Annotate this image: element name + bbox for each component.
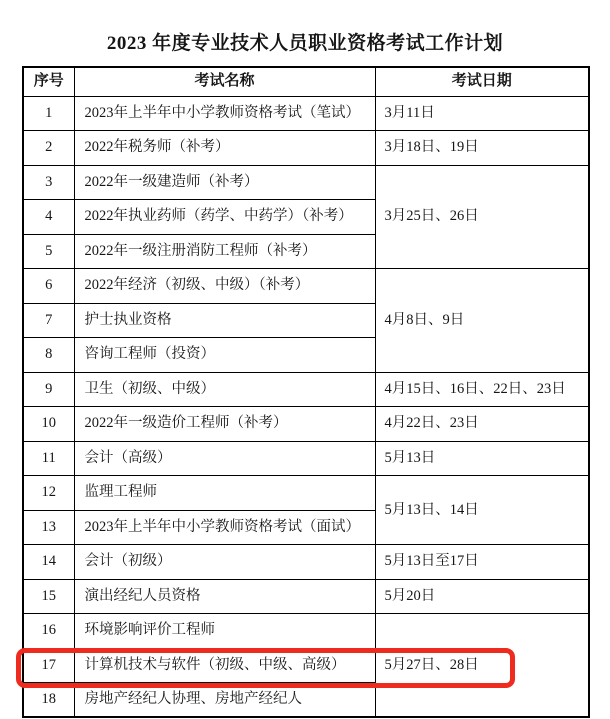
row-number-cell: 12 (23, 476, 74, 511)
exam-name-cell: 2022年执业药师（药学、中药学）（补考） (74, 200, 375, 235)
exam-name-cell: 咨询工程师（投资） (74, 338, 375, 373)
exam-name-cell: 2022年一级注册消防工程师（补考） (74, 234, 375, 269)
exam-name-cell: 护士执业资格 (74, 303, 375, 338)
header-cell-date: 考试日期 (375, 67, 589, 96)
table-row: 11会计（高级）5月13日 (23, 441, 589, 476)
table-row: 15演出经纪人员资格5月20日 (23, 579, 589, 614)
exam-date-cell: 5月20日 (375, 579, 589, 614)
exam-date-cell: 3月11日 (375, 96, 589, 131)
row-number-cell: 5 (23, 234, 74, 269)
exam-date-cell: 5月13日、14日 (375, 476, 589, 545)
exam-date-cell: 4月22日、23日 (375, 407, 589, 442)
header-row: 序号 考试名称 考试日期 (23, 67, 589, 96)
exam-name-cell: 2023年上半年中小学教师资格考试（面试） (74, 510, 375, 545)
table-row: 9卫生（初级、中级）4月15日、16日、22日、23日 (23, 372, 589, 407)
exam-name-cell: 会计（高级） (74, 441, 375, 476)
exam-name-cell: 2022年税务师（补考） (74, 131, 375, 166)
page-title: 2023 年度专业技术人员职业资格考试工作计划 (0, 28, 610, 55)
exam-name-cell: 2022年一级造价工程师（补考） (74, 407, 375, 442)
exam-date-cell: 4月8日、9日 (375, 269, 589, 373)
row-number-cell: 10 (23, 407, 74, 442)
row-number-cell: 3 (23, 165, 74, 200)
row-number-cell: 16 (23, 614, 74, 649)
exam-date-cell: 4月15日、16日、22日、23日 (375, 372, 589, 407)
exam-name-cell: 会计（初级） (74, 545, 375, 580)
table-row: 62022年经济（初级、中级）（补考）4月8日、9日 (23, 269, 589, 304)
table-row: 32022年一级建造师（补考）3月25日、26日 (23, 165, 589, 200)
exam-name-cell: 2022年一级建造师（补考） (74, 165, 375, 200)
row-number-cell: 18 (23, 683, 74, 718)
row-number-cell: 14 (23, 545, 74, 580)
table-row: 12023年上半年中小学教师资格考试（笔试）3月11日 (23, 96, 589, 131)
exam-name-cell: 计算机技术与软件（初级、中级、高级） (74, 648, 375, 683)
header-cell-name: 考试名称 (74, 67, 375, 96)
row-number-cell: 4 (23, 200, 74, 235)
row-number-cell: 13 (23, 510, 74, 545)
row-number-cell: 7 (23, 303, 74, 338)
exam-name-cell: 监理工程师 (74, 476, 375, 511)
row-number-cell: 1 (23, 96, 74, 131)
table-row: 14会计（初级）5月13日至17日 (23, 545, 589, 580)
exam-name-cell: 卫生（初级、中级） (74, 372, 375, 407)
exam-name-cell: 房地产经纪人协理、房地产经纪人 (74, 683, 375, 718)
table-row: 16环境影响评价工程师5月27日、28日 (23, 614, 589, 649)
exam-date-cell: 5月13日 (375, 441, 589, 476)
table-row: 12监理工程师5月13日、14日 (23, 476, 589, 511)
exam-name-cell: 演出经纪人员资格 (74, 579, 375, 614)
exam-schedule-table: 序号 考试名称 考试日期 12023年上半年中小学教师资格考试（笔试）3月11日… (22, 66, 590, 718)
exam-name-cell: 2023年上半年中小学教师资格考试（笔试） (74, 96, 375, 131)
table-header: 序号 考试名称 考试日期 (23, 67, 589, 96)
table-row: 102022年一级造价工程师（补考）4月22日、23日 (23, 407, 589, 442)
row-number-cell: 11 (23, 441, 74, 476)
row-number-cell: 2 (23, 131, 74, 166)
header-cell-no: 序号 (23, 67, 74, 96)
exam-name-cell: 环境影响评价工程师 (74, 614, 375, 649)
exam-date-cell: 3月18日、19日 (375, 131, 589, 166)
exam-date-cell: 5月13日至17日 (375, 545, 589, 580)
exam-date-cell: 3月25日、26日 (375, 165, 589, 269)
table-row: 22022年税务师（补考）3月18日、19日 (23, 131, 589, 166)
row-number-cell: 8 (23, 338, 74, 373)
exam-table-body: 12023年上半年中小学教师资格考试（笔试）3月11日22022年税务师（补考）… (23, 96, 589, 717)
exam-date-cell: 5月27日、28日 (375, 614, 589, 718)
row-number-cell: 6 (23, 269, 74, 304)
row-number-cell: 17 (23, 648, 74, 683)
exam-name-cell: 2022年经济（初级、中级）（补考） (74, 269, 375, 304)
row-number-cell: 9 (23, 372, 74, 407)
row-number-cell: 15 (23, 579, 74, 614)
